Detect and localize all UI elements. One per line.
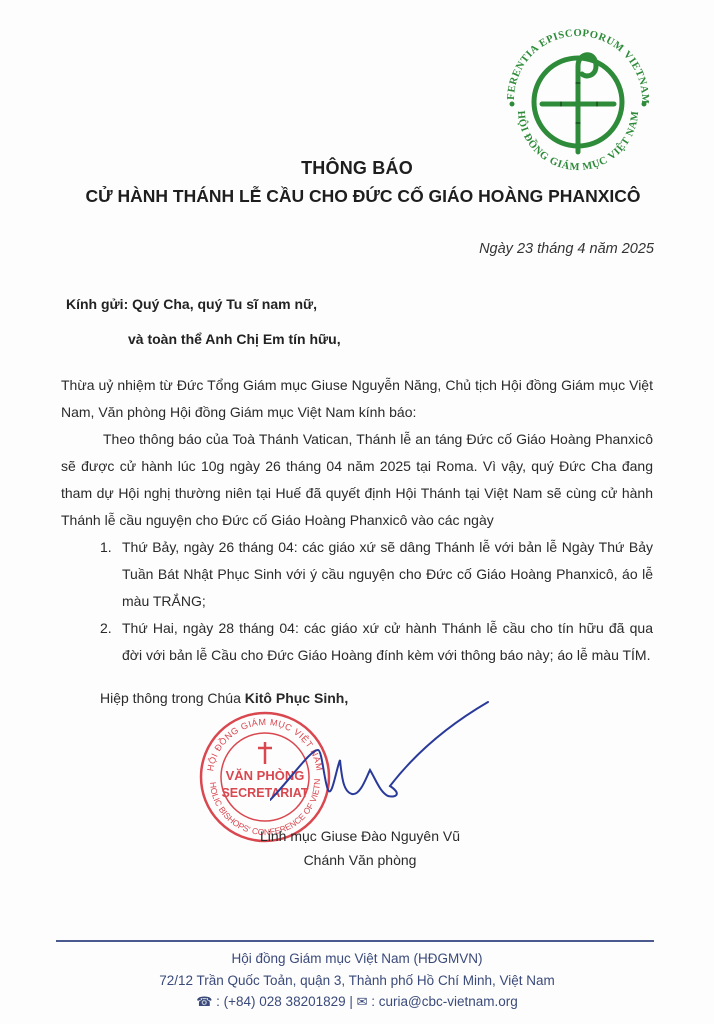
footer-email[interactable]: : curia@cbc-vietnam.org — [368, 994, 518, 1009]
salutation-line-1: Kính gửi: Quý Cha, quý Tu sĩ nam nữ, — [66, 296, 317, 312]
signature — [270, 700, 490, 810]
paragraph-authorization: Thừa uỷ nhiệm từ Đức Tổng Giám mục Giuse… — [61, 372, 653, 426]
closing-prefix: Hiệp thông trong Chúa — [100, 690, 245, 706]
paragraph-announcement: Theo thông báo của Toà Thánh Vatican, Th… — [61, 426, 653, 534]
handwritten-signature-icon — [270, 700, 490, 810]
footer-divider — [56, 940, 654, 942]
cross-crozier-icon: CONFERENTIA EPISCOPORUM VIETNAMIAE HỘI Đ… — [492, 22, 664, 172]
mass-schedule-list: 1. Thứ Bảy, ngày 26 tháng 04: các giáo x… — [100, 534, 653, 669]
footer-org: Hội đồng Giám mục Việt Nam (HĐGMVN) — [0, 948, 714, 970]
signer-name: Linh mục Giuse Đào Nguyên Vũ — [250, 828, 470, 844]
svg-text:CONFERENTIA EPISCOPORUM VIETNA: CONFERENTIA EPISCOPORUM VIETNAMIAE — [492, 22, 650, 105]
list-item: 2. Thứ Hai, ngày 28 tháng 04: các giáo x… — [100, 615, 653, 669]
document-subtitle: CỬ HÀNH THÁNH LỄ CẦU CHO ĐỨC CỐ GIÁO HOÀ… — [0, 186, 714, 207]
mail-icon: ✉ — [357, 994, 368, 1009]
list-text: Thứ Bảy, ngày 26 tháng 04: các giáo xứ s… — [122, 539, 653, 609]
list-item: 1. Thứ Bảy, ngày 26 tháng 04: các giáo x… — [100, 534, 653, 615]
footer-contact: ☎ : (+84) 028 38201829 | ✉ : curia@cbc-v… — [0, 991, 714, 1013]
conference-logo: CONFERENTIA EPISCOPORUM VIETNAMIAE HỘI Đ… — [492, 22, 664, 172]
footer-address: 72/12 Trần Quốc Toản, quận 3, Thành phố … — [0, 970, 714, 992]
signer-title: Chánh Văn phòng — [250, 852, 470, 868]
footer-phone: : (+84) 028 38201829 | — [212, 994, 356, 1009]
salutation-line-2: và toàn thể Anh Chị Em tín hữu, — [128, 331, 341, 347]
list-number: 1. — [100, 534, 112, 561]
document-title: THÔNG BÁO — [0, 158, 714, 179]
list-text: Thứ Hai, ngày 28 tháng 04: các giáo xứ c… — [122, 620, 653, 663]
list-number: 2. — [100, 615, 112, 642]
document-date: Ngày 23 tháng 4 năm 2025 — [479, 241, 654, 257]
footer: Hội đồng Giám mục Việt Nam (HĐGMVN) 72/1… — [0, 948, 714, 1013]
phone-icon: ☎ — [196, 994, 212, 1009]
